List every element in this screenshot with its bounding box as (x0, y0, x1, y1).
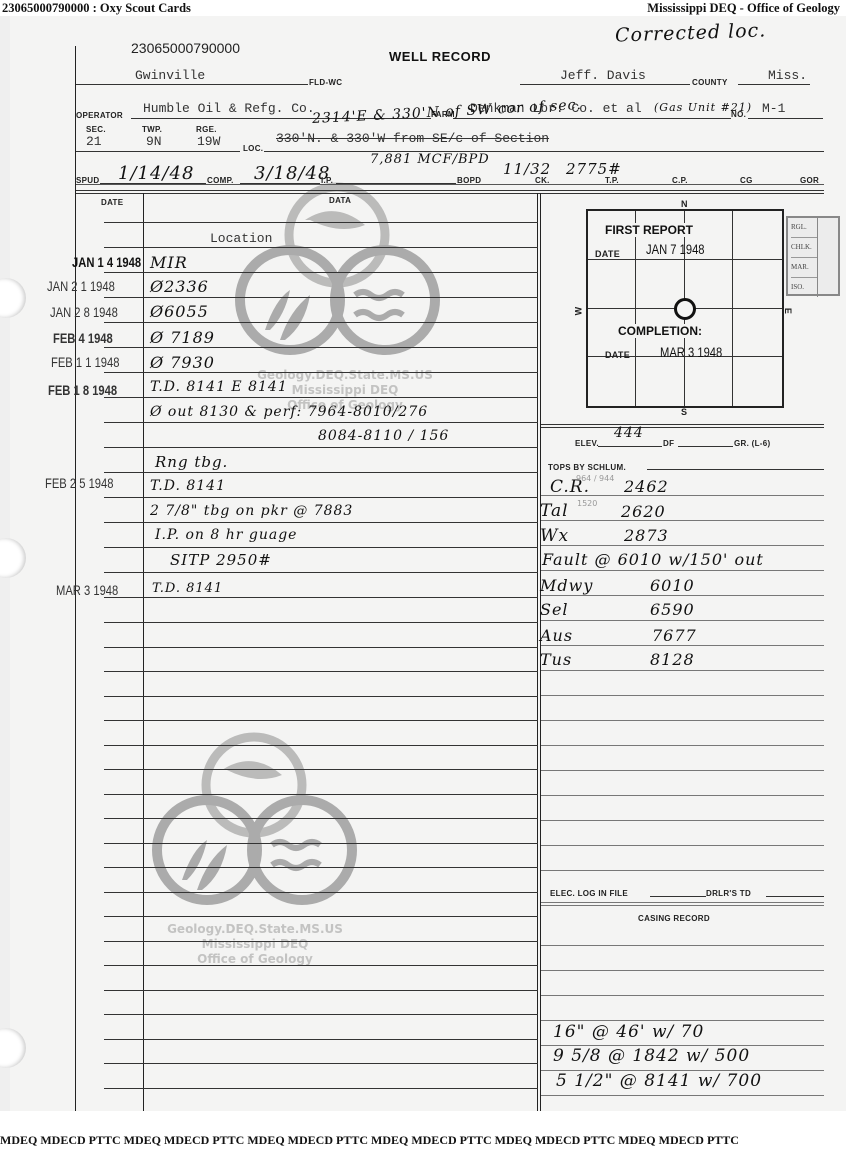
ruled-line (104, 892, 538, 893)
underline (678, 446, 733, 447)
plat-west: W (573, 307, 583, 316)
underline (76, 151, 240, 152)
ruled-line (541, 795, 824, 796)
ruled-line (541, 995, 824, 996)
section-plat: FIRST REPORT DATE JAN 7 1948 COMPLETION:… (586, 209, 784, 408)
log-date: FEB 1 8 1948 (48, 382, 117, 398)
elev-label: ELEV. (575, 439, 599, 448)
comp-value: 3/18/48 (254, 163, 330, 184)
well-location-icon (674, 298, 696, 320)
review-stamp: RGL. CHLK. MAR. ISO. (786, 216, 840, 296)
ruled-line (104, 622, 538, 623)
ruled-line (104, 347, 538, 348)
ruled-line (541, 720, 824, 721)
page-footer: MDEQ MDECD PTTC MDEQ MDECD PTTC MDEQ MDE… (0, 1133, 846, 1148)
underline (264, 151, 824, 152)
card-title: WELL RECORD (389, 49, 491, 64)
top-formation: Tus (540, 650, 572, 669)
ruled-line (541, 595, 824, 596)
section-rule (541, 424, 824, 425)
log-data: T.D. 8141 E 8141 (150, 379, 288, 395)
log-data: I.P. on 8 hr guage (155, 527, 297, 543)
top-note: 964 / 944 (576, 474, 614, 483)
ruled-line (104, 1063, 538, 1064)
county-label: COUNTY (692, 78, 728, 87)
log-date: JAN 2 1 1948 (47, 278, 115, 294)
completion-label: COMPLETION: (618, 324, 702, 338)
ruled-line (541, 620, 824, 621)
operator-value: Humble Oil & Refg. Co. (143, 101, 315, 116)
log-date: MAR 3 1948 (56, 582, 118, 598)
ruled-line (541, 820, 824, 821)
ruled-line (104, 965, 538, 966)
ruled-line (541, 770, 824, 771)
log-data: 8084-8110 / 156 (318, 428, 449, 444)
spud-value: 1/14/48 (118, 163, 194, 184)
ruled-line (104, 720, 538, 721)
ruled-line (541, 970, 824, 971)
top-note: 1520 (577, 499, 597, 508)
ruled-line (104, 522, 538, 523)
well-no-value: M-1 (762, 101, 785, 116)
log-data: Ø2336 (150, 277, 209, 296)
rge-label: RGE. (196, 125, 217, 134)
underline (738, 84, 810, 85)
top-formation: Fault @ 6010 w/150' out (542, 550, 764, 569)
log-data: 2 7/8" tbg on pkr @ 7883 (150, 503, 353, 519)
first-report-date: JAN 7 1948 (646, 241, 705, 257)
top-depth: 2873 (624, 526, 669, 545)
ruled-line (541, 670, 824, 671)
underline (650, 896, 706, 897)
ruled-line (104, 867, 538, 868)
tops-label: TOPS BY SCHLUM. (548, 463, 626, 472)
log-date: FEB 1 1 1948 (51, 354, 120, 370)
county-value: Jeff. Davis (560, 68, 646, 83)
watermark-line: Geology.DEQ.State.MS.US (160, 922, 350, 937)
log-date: JAN 2 8 1948 (50, 304, 118, 320)
ruled-line (104, 794, 538, 795)
api-number: 23065000790000 (131, 40, 240, 56)
header-left-title: 23065000790000 : Oxy Scout Cards (2, 1, 191, 16)
top-formation: Wx (540, 526, 569, 546)
ruled-line (104, 372, 538, 373)
top-depth: 7677 (652, 626, 697, 645)
stamp-row: MAR. (791, 258, 817, 278)
plat-north: N (681, 199, 688, 209)
ruled-line (104, 745, 538, 746)
log-data: Ø6055 (150, 302, 209, 321)
review-stamp-labels: RGL. CHLK. MAR. ISO. (788, 218, 818, 297)
ruled-line (104, 1014, 538, 1015)
ruled-line (104, 818, 538, 819)
log-data: MIR (150, 253, 188, 272)
ip-value: 7,881 MCF/BPD (370, 152, 490, 167)
log-data: T.D. 8141 (150, 478, 226, 494)
ruled-line (541, 1020, 824, 1021)
log-data: T.D. 8141 (152, 581, 223, 596)
plat-grid-line (588, 259, 782, 260)
ruled-line (104, 1039, 538, 1040)
ruled-line (104, 990, 538, 991)
underline (766, 896, 824, 897)
ruled-line (541, 845, 824, 846)
date-column-header: DATE (101, 198, 123, 207)
df-label: DF (663, 439, 674, 448)
data-column-header: DATA (329, 196, 351, 205)
ruled-line (104, 547, 538, 548)
top-depth: 8128 (650, 650, 695, 669)
ruled-line (104, 941, 538, 942)
underline (76, 84, 308, 85)
sec-label: SEC. (86, 125, 106, 134)
first-report-label: FIRST REPORT (605, 223, 693, 237)
top-formation: Sel (540, 600, 569, 619)
underline (748, 118, 823, 119)
section-rule (541, 902, 824, 903)
stamp-row: ISO. (791, 278, 817, 297)
gr-label: GR. (L-6) (734, 439, 770, 448)
drlr-td-label: DRLR'S TD (706, 889, 751, 898)
ruled-line (104, 397, 538, 398)
top-formation: Tal (540, 501, 569, 521)
elec-log-label: ELEC. LOG IN FILE (550, 889, 628, 898)
ruled-line (104, 247, 538, 248)
underline (76, 184, 824, 185)
log-data: SITP 2950# (170, 551, 272, 569)
first-report-date-label: DATE (595, 249, 620, 259)
log-date: FEB 2 5 1948 (45, 475, 114, 491)
ruled-line (104, 1088, 538, 1089)
ruled-line (541, 695, 824, 696)
underline (453, 118, 731, 119)
log-data: Ø 7189 (150, 328, 215, 347)
ruled-line (104, 572, 538, 573)
ruled-line (104, 769, 538, 770)
ruled-line (541, 645, 824, 646)
field-label: FLD-WC (309, 78, 342, 87)
rge-value: 19W (197, 134, 220, 149)
watermark-line: Mississippi DEQ (160, 937, 350, 952)
ruled-line (104, 647, 538, 648)
ruled-line (104, 472, 538, 473)
log-data: Rng tbg. (155, 453, 228, 471)
twp-label: TWP. (142, 125, 162, 134)
top-depth: 6590 (650, 600, 695, 619)
log-date: JAN 1 4 1948 (72, 254, 141, 270)
watermark-text: Geology.DEQ.State.MS.US Mississippi DEQ … (160, 922, 350, 967)
ruled-line (104, 322, 538, 323)
ruled-line (104, 843, 538, 844)
ruled-line (541, 870, 824, 871)
center-divider (537, 193, 538, 1111)
date-column-divider (143, 193, 144, 1111)
ruled-line (104, 222, 538, 223)
log-data-location: Location (210, 231, 272, 246)
stamp-row: CHLK. (791, 238, 817, 258)
ruled-line (541, 520, 824, 521)
casing-row: 9 5/8 @ 1842 w/ 500 (553, 1046, 750, 1066)
page-header: 23065000790000 : Oxy Scout Cards Mississ… (0, 0, 846, 16)
ruled-line (104, 297, 538, 298)
operator-label: OPERATOR (76, 111, 123, 120)
underline (520, 84, 690, 85)
ruled-line (541, 945, 824, 946)
top-depth: 6010 (650, 576, 695, 595)
sec-value: 21 (86, 134, 102, 149)
section-rule (541, 427, 824, 428)
twp-value: 9N (146, 134, 162, 149)
ruled-line (541, 745, 824, 746)
loc-label: LOC. (243, 144, 263, 153)
state-value: Miss. (768, 68, 807, 83)
top-depth: 2620 (621, 502, 666, 521)
ruled-line (104, 272, 538, 273)
ruled-line (104, 597, 538, 598)
ruled-line (104, 671, 538, 672)
ruled-line (541, 495, 824, 496)
ruled-line (104, 916, 538, 917)
table-top-rule (76, 190, 824, 191)
table-top-rule (76, 193, 824, 194)
ruled-line (541, 1095, 824, 1096)
ruled-line (104, 422, 538, 423)
ruled-line (541, 545, 824, 546)
plat-south: S (681, 407, 687, 417)
completion-date-label: DATE (605, 350, 630, 360)
plat-east: E (783, 308, 793, 314)
log-data: Ø 7930 (150, 353, 215, 372)
section-rule (541, 905, 824, 906)
ruled-line (541, 570, 824, 571)
elev-value: 444 (614, 425, 644, 441)
casing-row: 5 1/2" @ 8141 w/ 700 (556, 1071, 762, 1091)
casing-record-label: CASING RECORD (638, 914, 710, 923)
header-right-title: Mississippi DEQ - Office of Geology (647, 1, 840, 16)
top-formation: Aus (540, 626, 573, 645)
field-value: Gwinville (135, 68, 205, 83)
casing-row: 16" @ 46' w/ 70 (553, 1022, 704, 1042)
completion-date: MAR 3 1948 (660, 344, 722, 360)
stamp-row: RGL. (791, 218, 817, 238)
well-no-label: NO. (731, 110, 746, 119)
underline (647, 469, 824, 470)
ruled-line (104, 696, 538, 697)
original-location: 330'N. & 330'W from SE/c of Section (276, 131, 549, 146)
left-margin-rule (75, 46, 76, 1111)
ruled-line (104, 447, 538, 448)
log-date: FEB 4 1948 (53, 330, 113, 346)
top-depth: 2462 (624, 477, 669, 496)
ruled-line (104, 497, 538, 498)
underline (598, 446, 662, 447)
mdeq-logo-watermark-icon (235, 180, 440, 370)
top-formation: Mdwy (540, 576, 593, 595)
log-data: Ø out 8130 & perf: 7964-8010/276 (150, 404, 428, 420)
